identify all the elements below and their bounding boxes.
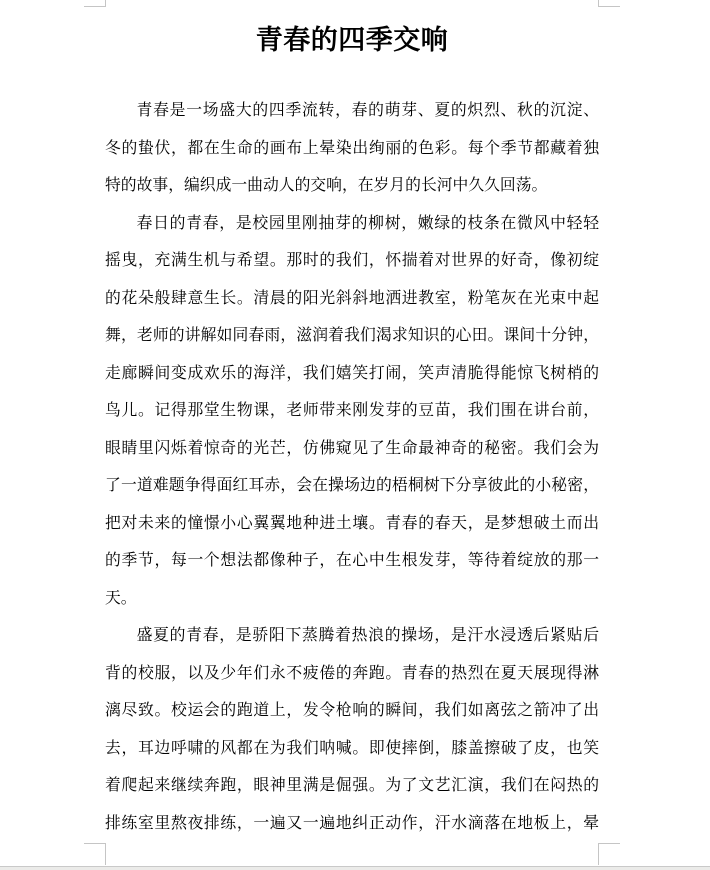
page-content: 青春的四季交响 青春是一场盛大的四季流转，春的萌芽、夏的炽烈、秋的沉淀、冬的蛰伏… — [105, 7, 599, 843]
margin-crop-mark-bottom-right — [598, 843, 620, 865]
text-line[interactable]: 摇曳，充满生机与希望。那时的我们，怀揣着对世界的好奇，像初绽 — [105, 242, 599, 280]
text-line[interactable]: 天。 — [105, 580, 599, 618]
text-line[interactable]: 冬的蛰伏，都在生命的画布上晕染出绚丽的色彩。每个季节都藏着独 — [105, 130, 599, 168]
text-line[interactable]: 漓尽致。校运会的跑道上，发令枪响的瞬间，我们如离弦之箭冲了出 — [105, 692, 599, 730]
text-line[interactable]: 鸟儿。记得那堂生物课，老师带来刚发芽的豆苗，我们围在讲台前， — [105, 392, 599, 430]
document-title[interactable]: 青春的四季交响 — [105, 21, 599, 59]
text-line[interactable]: 着爬起来继续奔跑，眼神里满是倔强。为了文艺汇演，我们在闷热的 — [105, 767, 599, 805]
text-line[interactable]: 去，耳边呼啸的风都在为我们呐喊。即使摔倒，膝盖擦破了皮，也笑 — [105, 730, 599, 768]
text-line[interactable]: 了一道难题争得面红耳赤，会在操场边的梧桐树下分享彼此的小秘密， — [105, 467, 599, 505]
margin-crop-mark-bottom-left — [84, 843, 106, 865]
text-line[interactable]: 走廊瞬间变成欢乐的海洋，我们嬉笑打闹，笑声清脆得能惊飞树梢的 — [105, 355, 599, 393]
text-line[interactable]: 的季节，每一个想法都像种子，在心中生根发芽，等待着绽放的那一 — [105, 542, 599, 580]
text-line[interactable]: 背的校服，以及少年们永不疲倦的奔跑。青春的热烈在夏天展现得淋 — [105, 655, 599, 693]
text-line[interactable]: 眼睛里闪烁着惊奇的光芒，仿佛窥见了生命最神奇的秘密。我们会为 — [105, 430, 599, 468]
margin-crop-mark-top-right — [598, 0, 620, 7]
margin-crop-mark-top-left — [84, 0, 106, 7]
text-line[interactable]: 舞，老师的讲解如同春雨，滋润着我们渴求知识的心田。课间十分钟， — [105, 317, 599, 355]
text-line[interactable]: 青春是一场盛大的四季流转，春的萌芽、夏的炽烈、秋的沉淀、 — [105, 92, 599, 130]
page-bottom-edge — [0, 866, 710, 870]
document-page: 青春的四季交响 青春是一场盛大的四季流转，春的萌芽、夏的炽烈、秋的沉淀、冬的蛰伏… — [0, 0, 710, 870]
document-body: 青春是一场盛大的四季流转，春的萌芽、夏的炽烈、秋的沉淀、冬的蛰伏，都在生命的画布… — [105, 92, 599, 842]
text-line[interactable]: 特的故事，编织成一曲动人的交响，在岁月的长河中久久回荡。 — [105, 167, 599, 205]
text-line[interactable]: 盛夏的青春，是骄阳下蒸腾着热浪的操场，是汗水浸透后紧贴后 — [105, 617, 599, 655]
text-line[interactable]: 春日的青春，是校园里刚抽芽的柳树，嫩绿的枝条在微风中轻轻 — [105, 205, 599, 243]
text-line[interactable]: 排练室里熬夜排练，一遍又一遍地纠正动作，汗水滴落在地板上，晕 — [105, 805, 599, 843]
text-line[interactable]: 的花朵般肆意生长。清晨的阳光斜斜地洒进教室，粉笔灰在光束中起 — [105, 280, 599, 318]
text-line[interactable]: 把对未来的憧憬小心翼翼地种进土壤。青春的春天，是梦想破土而出 — [105, 505, 599, 543]
